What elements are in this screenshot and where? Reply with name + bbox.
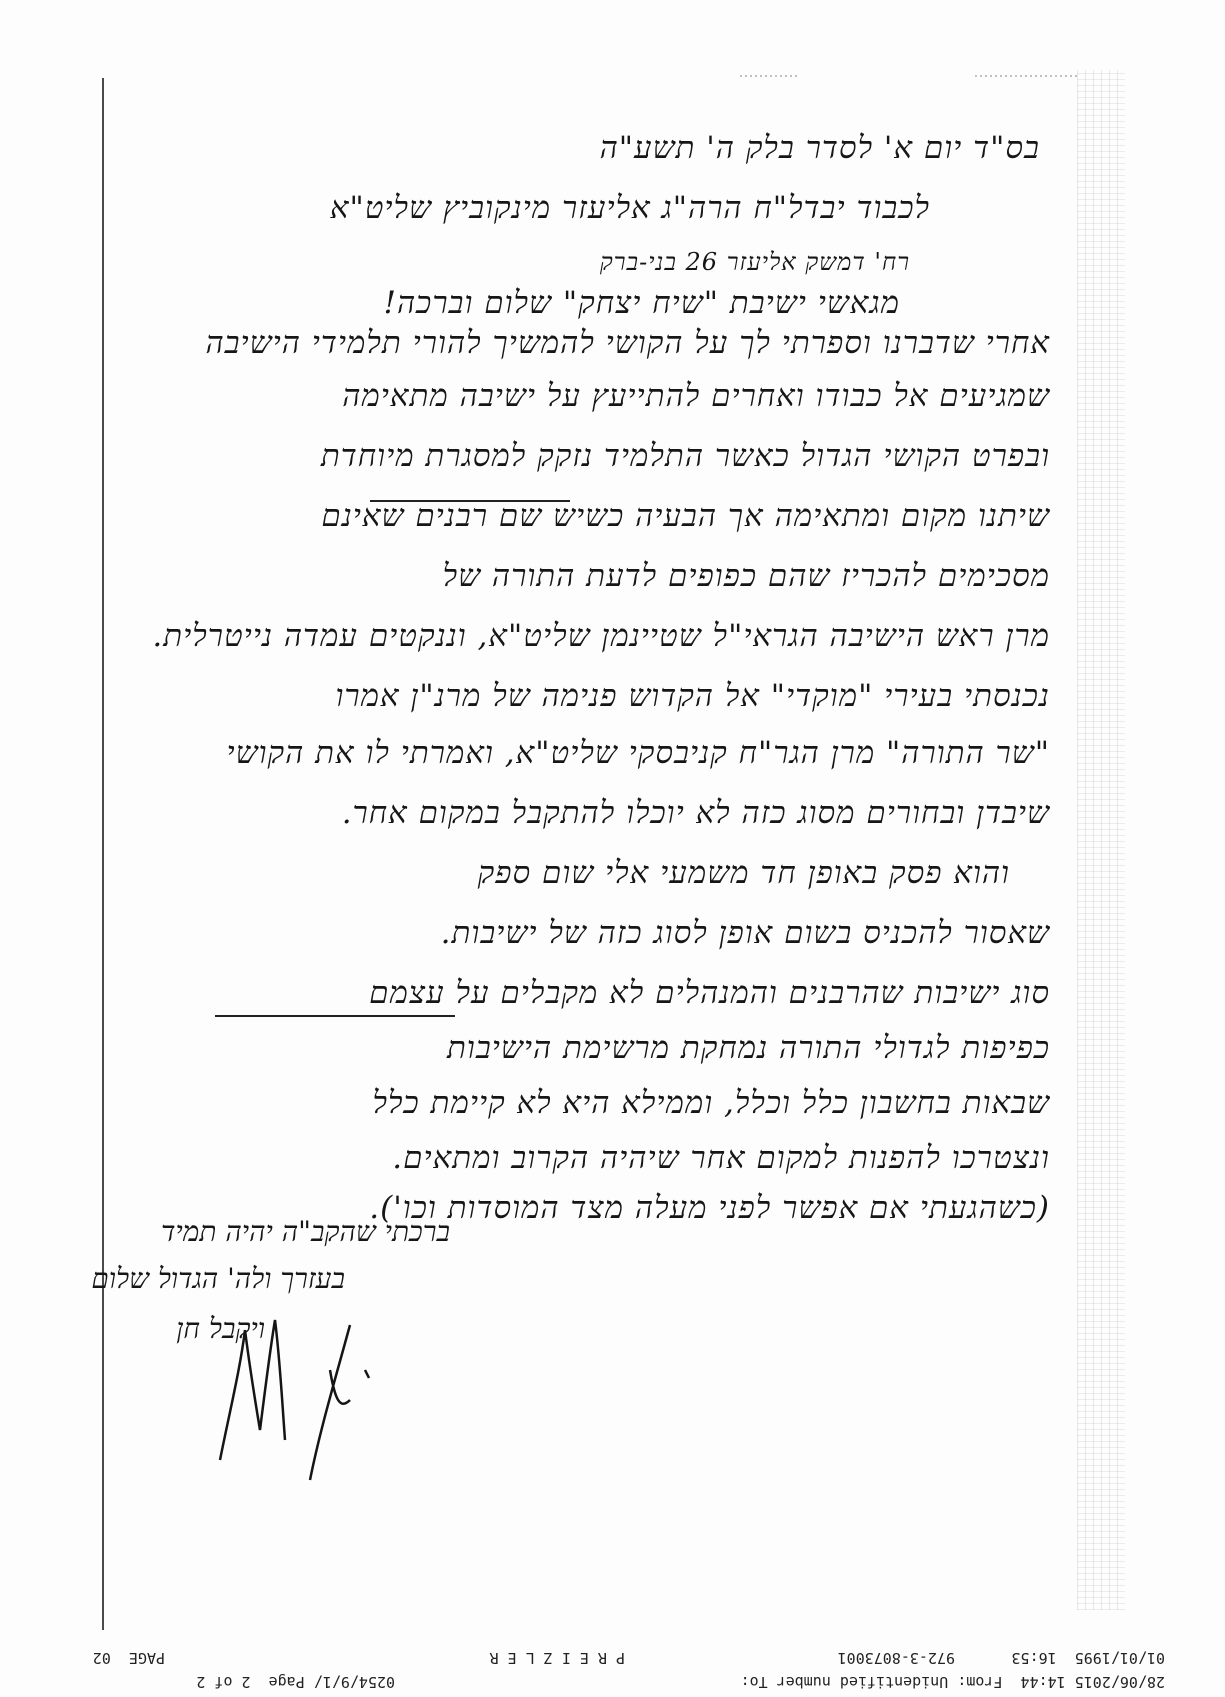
scan-edge-noise xyxy=(1077,70,1125,1610)
fax-received-line: 28/06/2015 14:44 From: Unidentified numb… xyxy=(741,1673,1165,1691)
body-line: שיבדן ובחורים מסוג כזה לא יוכלו להתקבל ב… xyxy=(342,795,1050,831)
body-line: שבאות בחשבון כלל וכלל, וממילא היא לא קיי… xyxy=(373,1085,1050,1121)
body-line: "שר התורה" מרן הגר"ח קניבסקי שליט"א, ואמ… xyxy=(227,735,1051,771)
body-line: מרן ראש הישיבה הגראי"ל שטיינמן שליט"א, ו… xyxy=(152,618,1050,654)
scanned-page: בס"ד יום א' לסדר בלק ה' תשע"ה לכבוד יבדל… xyxy=(0,0,1225,1697)
body-line: סוג ישיבות שהרבנים והמנהלים לא מקבלים על… xyxy=(369,975,1050,1011)
fax-transmission-header: 28/06/2015 14:44 From: Unidentified numb… xyxy=(0,1640,1225,1697)
fax-sender: P R E I Z L E R xyxy=(490,1649,625,1667)
scan-artifact xyxy=(740,75,800,77)
body-line: אחרי שדברנו וספרתי לך על הקושי להמשיך לה… xyxy=(205,325,1050,361)
body-line: שאסור להכניס בשום אופן לסוג כזה של ישיבו… xyxy=(441,915,1050,951)
margin-rule xyxy=(102,78,104,1630)
closing-line-2: בעזרך ולה' הגדול שלום xyxy=(91,1262,345,1296)
greeting: מגאשי ישיבת "שיח יצחק" שלום וברכה! xyxy=(384,285,900,321)
fax-date-time: 01/01/1995 16:53 xyxy=(1011,1649,1165,1667)
body-line: שמגיעים אל כבודו ואחרים להתייעץ על ישיבה… xyxy=(342,378,1050,414)
recipient-address: רח' דמשק אליעזר 26 בני-ברק xyxy=(600,248,910,277)
letter-date-line: בס"ד יום א' לסדר בלק ה' תשע"ה xyxy=(600,130,1040,166)
body-line: מסכימים להכריז שהם כפופים לדעת התורה של xyxy=(443,558,1050,594)
fax-ref-line: 0254/9/1/ Page 2 of 2 xyxy=(196,1673,395,1691)
signature-scribble xyxy=(200,1310,450,1490)
body-line: נכנסתי בעירי "מוקדי" אל הקדוש פנימה של מ… xyxy=(336,678,1051,714)
fax-page: PAGE 02 xyxy=(93,1649,165,1667)
body-line: ובפרט הקושי הגדול כאשר התלמיד נזקק למסגר… xyxy=(321,438,1050,474)
fax-number: 972-3-8073001 xyxy=(838,1649,955,1667)
body-line: כפיפות לגדולי התורה נמחקת מרשימת הישיבות xyxy=(447,1030,1050,1066)
body-line: (כשהגעתי אם אפשר לפני מעלה מצד המוסדות ו… xyxy=(369,1190,1050,1226)
body-line: והוא פסק באופן חד משמעי אלי שום ספק xyxy=(478,855,1010,891)
body-line: שיתנו מקום ומתאימה אך הבעיה כשיש שם רבני… xyxy=(321,498,1050,534)
closing-line-1: ברכתי שהקב"ה יהיה תמיד xyxy=(161,1215,450,1249)
underline-mark xyxy=(370,500,570,502)
underline-mark xyxy=(215,1015,455,1017)
recipient-line-1: לכבוד יבדל"ח הרה"ג אליעזר מינקוביץ שליט"… xyxy=(330,190,930,226)
body-line: ונצטרכו להפנות למקום אחר שיהיה הקרוב ומת… xyxy=(392,1140,1050,1176)
scan-artifact xyxy=(975,75,1080,77)
